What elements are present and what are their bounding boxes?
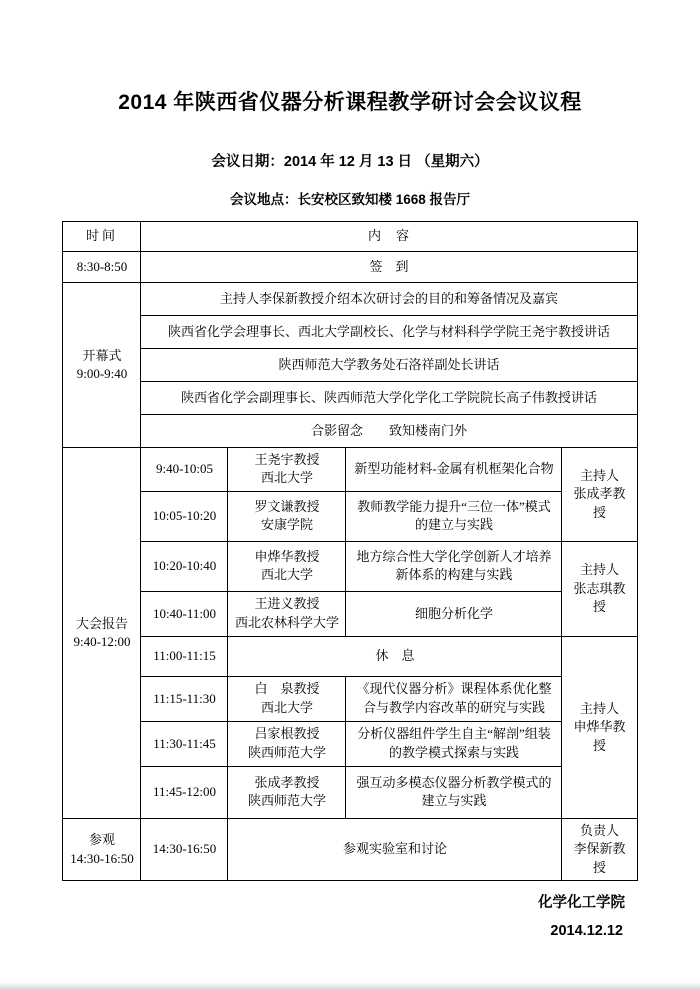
report-topic-cell: 《现代仪器分析》课程体系优化整合与教学内容改革的研究与实践 [346,676,562,721]
page-bottom-shadow [0,982,700,989]
report-topic-cell: 细胞分析化学 [346,591,562,636]
speaker-name: 申烨华教授 [234,548,339,566]
moderator-cell: 主持人 申烨华教授 [562,636,637,818]
report-row: 11:15-11:30 白 泉教授 西北大学 《现代仪器分析》课程体系优化整合与… [63,676,637,721]
report-row: 大会报告 9:40-12:00 9:40-10:05 王尧宇教授 西北大学 新型… [63,448,637,492]
header-content-cell: 内 容 [141,222,637,252]
visit-subtime-cell: 14:30-16:50 [141,818,228,880]
opening-row: 开幕式 9:00-9:40 主持人李保新教授介绍本次研讨会的目的和筹备情况及嘉宾 [63,283,637,316]
report-label-cell: 大会报告 9:40-12:00 [63,448,141,819]
opening-item-cell: 陕西省化学会副理事长、陕西师范大学化学化工学院院长高子伟教授讲话 [141,382,637,415]
speaker-affiliation: 陕西师范大学 [234,744,339,762]
opening-item-cell: 合影留念 致知楼南门外 [141,415,637,448]
moderator-role: 主持人 [568,700,630,718]
speaker-affiliation: 西北大学 [234,469,339,487]
report-speaker-cell: 申烨华教授 西北大学 [228,541,346,591]
leader-name: 李保新教授 [568,840,630,877]
agenda-table: 时间 内 容 8:30-8:50 签 到 开幕式 9:00-9:40 主持人李保… [62,221,637,881]
report-time-cell: 10:40-11:00 [141,591,228,636]
report-speaker-cell: 王尧宇教授 西北大学 [228,448,346,492]
document-page: 2014 年陕西省仪器分析课程教学研讨会会议议程 会议日期：2014 年 12 … [0,0,700,989]
opening-label-cell: 开幕式 9:00-9:40 [63,283,141,448]
opening-row: 合影留念 致知楼南门外 [63,415,637,448]
speaker-affiliation: 陕西师范大学 [234,792,339,810]
speaker-affiliation: 西北大学 [234,566,339,584]
opening-row: 陕西师范大学教务处石洛祥副处长讲话 [63,349,637,382]
footer-organization: 化学化工学院 [63,891,637,912]
break-row: 11:00-11:15 休 息 主持人 申烨华教授 [63,636,637,676]
moderator-cell: 主持人 张志琪教授 [562,541,637,636]
moderator-role: 主持人 [568,467,630,485]
meeting-location-line: 会议地点：长安校区致知楼 1668 报告厅 [0,188,700,208]
report-time-cell: 11:00-11:15 [141,636,228,676]
speaker-affiliation: 西北农林科学大学 [234,614,339,632]
speaker-name: 白 泉教授 [234,680,339,698]
visit-content-cell: 参观实验室和讨论 [228,818,562,880]
speaker-name: 王尧宇教授 [234,451,339,469]
report-speaker-cell: 罗文谦教授 安康学院 [228,491,346,541]
opening-item-cell: 主持人李保新教授介绍本次研讨会的目的和筹备情况及嘉宾 [141,283,637,316]
report-time-cell: 11:45-12:00 [141,766,228,818]
moderator-name: 申烨华教授 [568,718,630,755]
meeting-date-line: 会议日期：2014 年 12 月 13 日 （星期六） [0,150,700,171]
speaker-name: 吕家根教授 [234,725,339,743]
opening-row: 陕西省化学会副理事长、陕西师范大学化学化工学院院长高子伟教授讲话 [63,382,637,415]
report-row: 10:20-10:40 申烨华教授 西北大学 地方综合性大学化学创新人才培养新体… [63,541,637,591]
visit-label-cell: 参观 14:30-16:50 [63,818,141,880]
report-speaker-cell: 吕家根教授 陕西师范大学 [228,721,346,766]
speaker-name: 罗文谦教授 [234,498,339,516]
opening-row: 陕西省化学会理事长、西北大学副校长、化学与材料科学学院王尧宇教授讲话 [63,316,637,349]
report-time-cell: 11:15-11:30 [141,676,228,721]
report-topic-cell: 新型功能材料-金属有机框架化合物 [346,448,562,492]
header-time-cell: 时间 [63,222,141,252]
moderator-name: 张成孝教授 [568,485,630,522]
report-time-cell: 10:20-10:40 [141,541,228,591]
signin-row: 8:30-8:50 签 到 [63,252,637,283]
report-time-cell: 9:40-10:05 [141,448,228,492]
moderator-cell: 主持人 张成孝教授 [562,448,637,542]
footer-date: 2014.12.12 [63,923,637,939]
visit-row: 参观 14:30-16:50 14:30-16:50 参观实验室和讨论 负责人 … [63,818,637,880]
signin-content-cell: 签 到 [141,252,637,283]
speaker-name: 张成孝教授 [234,774,339,792]
report-topic-cell: 地方综合性大学化学创新人才培养新体系的构建与实践 [346,541,562,591]
moderator-role: 主持人 [568,561,630,579]
report-row: 11:45-12:00 张成孝教授 陕西师范大学 强互动多模态仪器分析教学模式的… [63,766,637,818]
report-label: 大会报告 [69,615,134,633]
moderator-name: 张志琪教授 [568,580,630,617]
report-time: 9:40-12:00 [69,633,134,651]
opening-time: 9:00-9:40 [69,365,134,383]
speaker-name: 王进义教授 [234,595,339,613]
report-row: 10:40-11:00 王进义教授 西北农林科学大学 细胞分析化学 [63,591,637,636]
document-footer: 化学化工学院 2014.12.12 [63,891,637,939]
report-speaker-cell: 王进义教授 西北农林科学大学 [228,591,346,636]
signin-time-cell: 8:30-8:50 [63,252,141,283]
report-topic-cell: 教师教学能力提升“三位一体”模式的建立与实践 [346,491,562,541]
opening-label: 开幕式 [69,347,134,365]
report-row: 10:05-10:20 罗文谦教授 安康学院 教师教学能力提升“三位一体”模式的… [63,491,637,541]
leader-role: 负责人 [568,822,630,840]
report-row: 11:30-11:45 吕家根教授 陕西师范大学 分析仪器组件学生自主“解剖”组… [63,721,637,766]
opening-item-cell: 陕西师范大学教务处石洛祥副处长讲话 [141,349,637,382]
report-time-cell: 10:05-10:20 [141,491,228,541]
page-title: 2014 年陕西省仪器分析课程教学研讨会会议议程 [0,0,700,116]
report-speaker-cell: 白 泉教授 西北大学 [228,676,346,721]
report-topic-cell: 分析仪器组件学生自主“解剖”组装的教学模式探索与实践 [346,721,562,766]
speaker-affiliation: 西北大学 [234,699,339,717]
report-topic-cell: 强互动多模态仪器分析教学模式的建立与实践 [346,766,562,818]
report-speaker-cell: 张成孝教授 陕西师范大学 [228,766,346,818]
break-cell: 休 息 [228,636,562,676]
visit-label: 参观 [69,831,134,849]
speaker-affiliation: 安康学院 [234,516,339,534]
visit-time: 14:30-16:50 [69,850,134,868]
table-header-row: 时间 内 容 [63,222,637,252]
report-time-cell: 11:30-11:45 [141,721,228,766]
opening-item-cell: 陕西省化学会理事长、西北大学副校长、化学与材料科学学院王尧宇教授讲话 [141,316,637,349]
visit-leader-cell: 负责人 李保新教授 [562,818,637,880]
